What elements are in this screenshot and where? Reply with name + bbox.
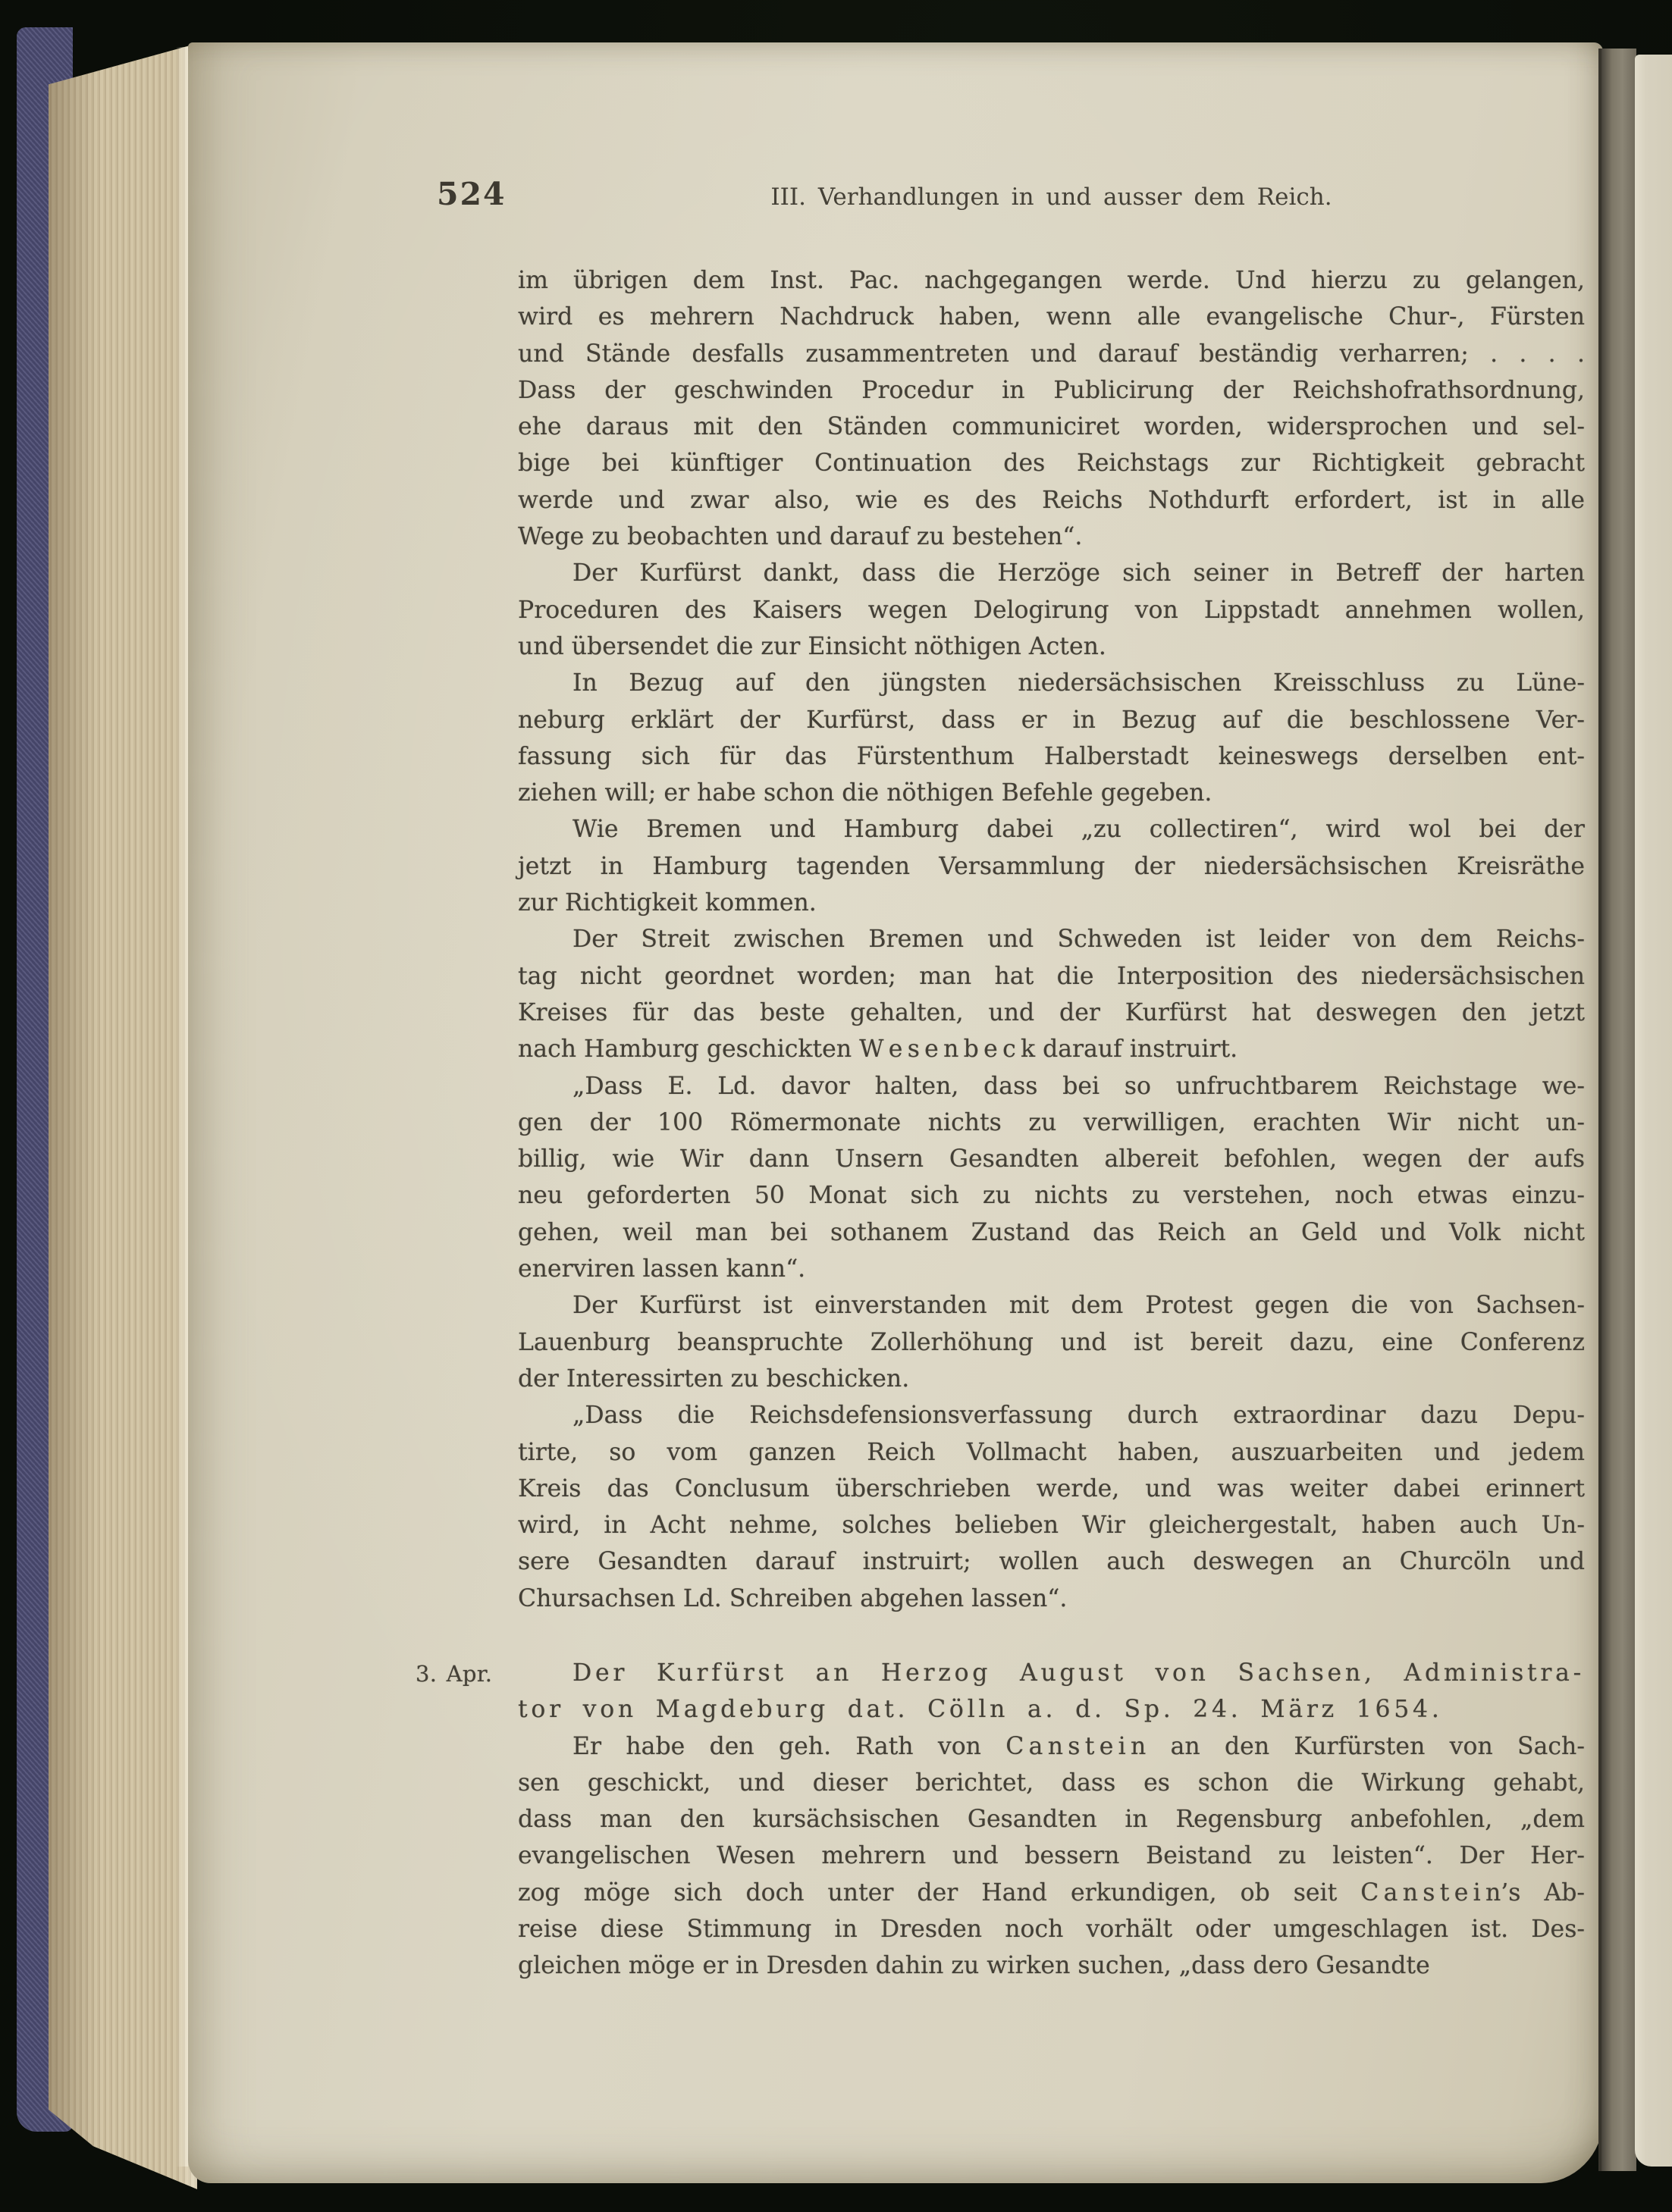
text-line: jetzt in Hamburg tagenden Versammlung de… (518, 848, 1585, 885)
text-line: fassung sich für das Fürstenthum Halbers… (518, 738, 1585, 775)
text-line: bige bei künftiger Continuation des Reic… (518, 445, 1585, 481)
paragraph: Der Kurfürst ist einverstanden mit dem P… (518, 1287, 1585, 1397)
paragraph: „Dass die Reichsdefensionsverfassung dur… (518, 1397, 1585, 1617)
book-photo: 524 III. Verhandlungen in und ausser dem… (0, 0, 1672, 2212)
text-line: neu geforderten 50 Monat sich zu nichts … (518, 1177, 1585, 1214)
paragraph: Der Streit zwischen Bremen und Schweden … (518, 921, 1585, 1067)
text-line: zog möge sich doch unter der Hand erkund… (518, 1875, 1585, 1911)
text-line: evangelischen Wesen mehrern und bessern … (518, 1838, 1585, 1874)
text-line: enerviren lassen kann“. (518, 1251, 1585, 1287)
paragraph: Der Kurfürst dankt, dass die Herzöge sic… (518, 555, 1585, 665)
text-line: Lauenburg beanspruchte Zollerhöhung und … (518, 1324, 1585, 1361)
gutter-shadow (1598, 49, 1636, 2171)
text-line: Kreis das Conclusum überschrieben werde,… (518, 1471, 1585, 1507)
text-line: Kreises für das beste gehalten, und der … (518, 995, 1585, 1031)
paragraph: „Dass E. Ld. davor halten, dass bei so u… (518, 1068, 1585, 1288)
text-line: ehe daraus mit den Ständen communiciret … (518, 409, 1585, 445)
text-line: ziehen will; er habe schon die nöthigen … (518, 775, 1585, 811)
text-line: Chursachsen Ld. Schreiben abgehen lassen… (518, 1581, 1585, 1617)
text-line: tor von Magdeburg dat. Cölln a. d. Sp. 2… (518, 1691, 1585, 1728)
page-stack-edge (49, 35, 197, 2189)
text-line: reise diese Stimmung in Dresden noch vor… (518, 1911, 1585, 1947)
text-line: sen geschickt, und dieser berichtet, das… (518, 1765, 1585, 1801)
running-header: III. Verhandlungen in und ausser dem Rei… (518, 183, 1585, 211)
text-line: neburg erklärt der Kurfürst, dass er in … (518, 702, 1585, 738)
text-line: Der Kurfürst ist einverstanden mit dem P… (518, 1287, 1585, 1324)
facing-page-edge (1635, 55, 1672, 2167)
text-line: Der Kurfürst dankt, dass die Herzöge sic… (518, 555, 1585, 591)
text-line: tirte, so vom ganzen Reich Vollmacht hab… (518, 1434, 1585, 1471)
entry-heading: Der Kurfürst an Herzog August von Sachse… (518, 1655, 1585, 1728)
paragraph: Er habe den geh. Rath von C a n s t e i … (518, 1728, 1585, 1985)
text-line: Proceduren des Kaisers wegen Delogirung … (518, 592, 1585, 628)
text-line: im übrigen dem Inst. Pac. nachgegangen w… (518, 262, 1585, 299)
text-line: und Stände desfalls zusammentreten und d… (518, 336, 1585, 372)
text-line: dass man den kursächsischen Gesandten in… (518, 1801, 1585, 1838)
text-line: nach Hamburg geschickten W e s e n b e c… (518, 1031, 1585, 1067)
text-line: Er habe den geh. Rath von C a n s t e i … (518, 1728, 1585, 1765)
text-line: gleichen möge er in Dresden dahin zu wir… (518, 1947, 1585, 1984)
text-line: gehen, weil man bei sothanem Zustand das… (518, 1214, 1585, 1251)
text-line: Der Streit zwischen Bremen und Schweden … (518, 921, 1585, 957)
page-number: 524 (437, 176, 507, 212)
text-line: „Dass die Reichsdefensionsverfassung dur… (518, 1397, 1585, 1433)
text-line: der Interessirten zu beschicken. (518, 1361, 1585, 1397)
text-line: Wie Bremen und Hamburg dabei „zu collect… (518, 811, 1585, 848)
text-block: im übrigen dem Inst. Pac. nachgegangen w… (518, 262, 1585, 1985)
paragraph: im übrigen dem Inst. Pac. nachgegangen w… (518, 262, 1585, 555)
paragraph: Wie Bremen und Hamburg dabei „zu collect… (518, 811, 1585, 921)
text-line: zur Richtigkeit kommen. (518, 885, 1585, 921)
book-page: 524 III. Verhandlungen in und ausser dem… (188, 42, 1603, 2183)
text-line: gen der 100 Römermonate nichts zu verwil… (518, 1104, 1585, 1141)
text-line: „Dass E. Ld. davor halten, dass bei so u… (518, 1068, 1585, 1104)
text-line: In Bezug auf den jüngsten niedersächsisc… (518, 665, 1585, 701)
text-line: Wege zu beobachten und darauf zu bestehe… (518, 519, 1585, 555)
text-line: wird es mehrern Nachdruck haben, wenn al… (518, 299, 1585, 335)
margin-date: 3. Apr. (416, 1656, 492, 1692)
text-line: billig, wie Wir dann Unsern Gesandten al… (518, 1141, 1585, 1177)
text-line: sere Gesandten darauf instruirt; wollen … (518, 1543, 1585, 1580)
text-line: und übersendet die zur Einsicht nöthigen… (518, 628, 1585, 665)
text-line: Dass der geschwinden Procedur in Publici… (518, 372, 1585, 409)
text-line: wird, in Acht nehme, solches belieben Wi… (518, 1507, 1585, 1543)
text-line: Der Kurfürst an Herzog August von Sachse… (518, 1655, 1585, 1691)
text-line: werde und zwar also, wie es des Reichs N… (518, 482, 1585, 519)
text-line: tag nicht geordnet worden; man hat die I… (518, 958, 1585, 995)
paragraph: In Bezug auf den jüngsten niedersächsisc… (518, 665, 1585, 811)
